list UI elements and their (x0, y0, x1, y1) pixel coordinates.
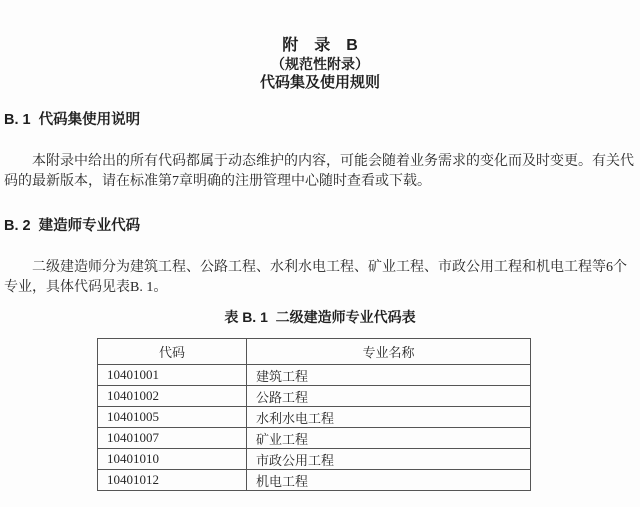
appendix-title: 附 录 B (4, 36, 636, 55)
appendix-title-block: 附 录 B （规范性附录） 代码集及使用规则 (4, 0, 636, 92)
table-header-row: 代码 专业名称 (98, 339, 531, 365)
name-cell: 机电工程 (247, 470, 531, 491)
section-b1-paragraph: 本附录中给出的所有代码都属于动态维护的内容，可能会随着业务需求的变化而及时变更。… (4, 152, 636, 192)
appendix-subtitle-rules: 代码集及使用规则 (4, 73, 636, 92)
code-cell: 10401001 (98, 365, 247, 386)
name-cell: 公路工程 (247, 386, 531, 407)
code-cell: 10401005 (98, 407, 247, 428)
code-cell: 10401002 (98, 386, 247, 407)
table-caption: 表 B. 1 二级建造师专业代码表 (4, 308, 636, 326)
table-row: 10401010 市政公用工程 (98, 449, 531, 470)
professional-code-table: 代码 专业名称 10401001 建筑工程 10401002 公路工程 1040… (97, 338, 531, 491)
section-heading-b1: B. 1 代码集使用说明 (4, 112, 636, 128)
name-cell: 市政公用工程 (247, 449, 531, 470)
name-cell: 水利水电工程 (247, 407, 531, 428)
table-row: 10401002 公路工程 (98, 386, 531, 407)
appendix-subtitle-normative: （规范性附录） (4, 55, 636, 73)
section-heading-b2: B. 2 建造师专业代码 (4, 218, 636, 234)
table-row: 10401001 建筑工程 (98, 365, 531, 386)
column-header-code: 代码 (98, 339, 247, 365)
name-cell: 建筑工程 (247, 365, 531, 386)
code-cell: 10401012 (98, 470, 247, 491)
column-header-name: 专业名称 (247, 339, 531, 365)
paragraph-line: 二级建造师分为建筑工程、公路工程、水利水电工程、矿业工程、市政公用工程和机电工程… (4, 258, 636, 278)
paragraph-line: 码的最新版本，请在标准第7章明确的注册管理中心随时查看或下载。 (4, 172, 636, 192)
code-cell: 10401007 (98, 428, 247, 449)
document-page: 附 录 B （规范性附录） 代码集及使用规则 B. 1 代码集使用说明 本附录中… (0, 0, 640, 507)
paragraph-line: 专业，具体代码见表B. 1。 (4, 278, 636, 298)
table-row: 10401012 机电工程 (98, 470, 531, 491)
section-b2-paragraph: 二级建造师分为建筑工程、公路工程、水利水电工程、矿业工程、市政公用工程和机电工程… (4, 258, 636, 298)
table-row: 10401005 水利水电工程 (98, 407, 531, 428)
name-cell: 矿业工程 (247, 428, 531, 449)
code-cell: 10401010 (98, 449, 247, 470)
paragraph-line: 本附录中给出的所有代码都属于动态维护的内容，可能会随着业务需求的变化而及时变更。… (4, 152, 636, 172)
table-row: 10401007 矿业工程 (98, 428, 531, 449)
